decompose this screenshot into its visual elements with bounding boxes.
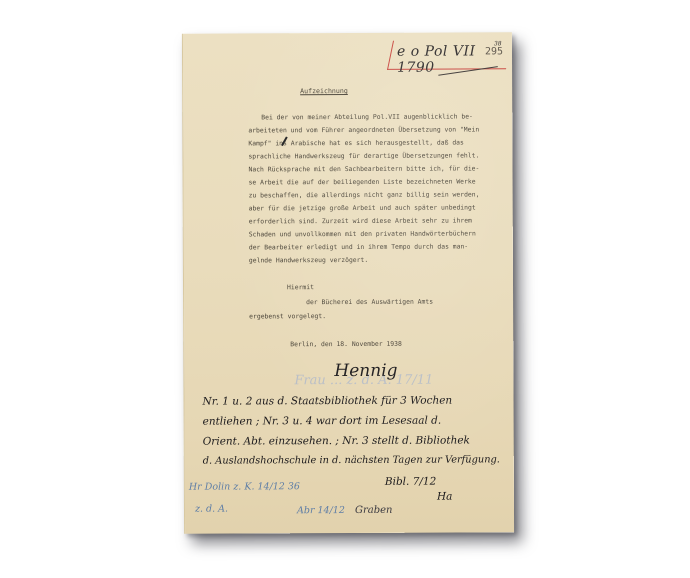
reference-number: e o Pol VII 1790 [397,43,512,76]
handwritten-sign-off: Bibl. 7/12 [385,476,436,488]
handwritten-note-line: Orient. Abt. einzusehen. ; Nr. 3 stellt … [203,434,470,447]
body-line: Kampf" ins Arabische hat es sich herausg… [248,138,464,147]
signature: Hennig [334,361,397,381]
handwritten-name: Graben [355,505,393,516]
body-line: erforderlich sind. Zurzeit wird diese Ar… [249,216,472,225]
body-line: gelnde Handwerkszeug verzögert. [249,256,368,265]
body-line: der Bearbeiter erledigt und in ihrem Tem… [249,242,468,251]
body-line: zu beschaffen, die allerdings nicht ganz… [249,190,480,199]
body-line: Bei der von meiner Abteilung Pol.VII aug… [261,112,473,121]
handwritten-note-line: entliehen ; Nr. 3 u. 4 war dort im Leses… [203,415,442,428]
blue-annotation-mid: Abr 14/12 [297,505,345,516]
handwritten-initials: Ha [437,491,452,503]
body-line: se Arbeit die auf der beiliegenden Liste… [249,177,476,186]
body-line: arbeiteten und vom Führer angeordneten Ü… [248,125,479,134]
body-line: sprachliche Handwerkszeug für derartige … [248,151,479,160]
handwritten-note-line: d. Auslandshochschule in d. nächsten Tag… [203,454,500,466]
blue-annotation-1: Hr Dolin z. K. 14/12 36 [189,481,300,492]
closing-line-2: der Bücherei des Auswärtigen Amts [306,298,433,307]
reference-superscript: 38 [494,40,502,47]
body-line: Schaden und unvollkommen mit den private… [249,229,476,238]
closing-line-1: Hiermit [287,283,314,291]
handwritten-note-line: Nr. 1 u. 2 aus d. Staatsbibliothek für 3… [202,395,452,408]
body-line: aber für die jetzige große Arbeit und au… [249,203,476,212]
closing-line-3: ergebenst vorgelegt. [249,312,326,320]
document-page: 295 e o Pol VII 1790 38 Aufzeichnung Bei… [182,32,514,533]
blue-annotation-2: z. d. A. [195,504,228,515]
body-line: Nach Rücksprache mit den Sachbearbeitern… [248,164,479,173]
place-date: Berlin, den 18. November 1938 [290,340,402,348]
document-title: Aufzeichnung [300,87,348,95]
